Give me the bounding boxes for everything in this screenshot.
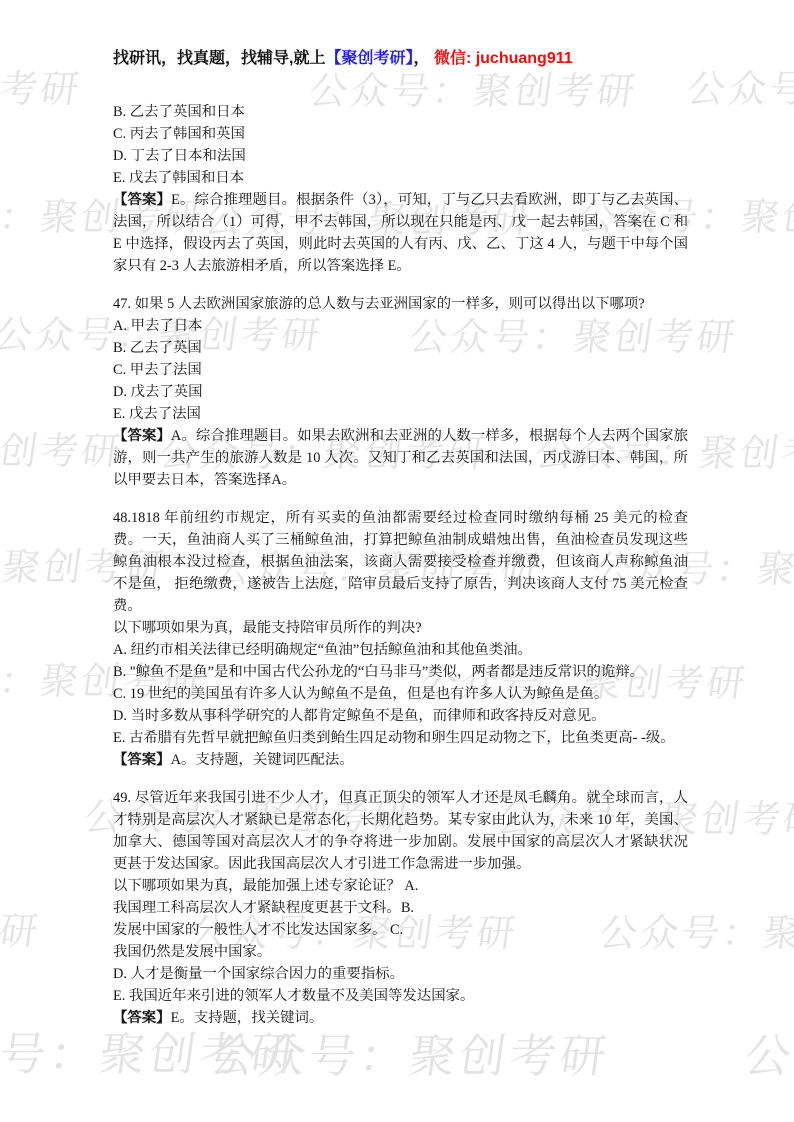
header-slogan: 找研讯，找真题，找辅导,就上 <box>113 50 325 67</box>
watermark-text: 公众号：聚创考研 <box>0 420 127 475</box>
q47-answer: 【答案】A。综合推理题目。如果去欧洲和去亚洲的人数一样多，根据每个人去两个国家旅… <box>113 425 688 491</box>
watermark-text: 公众号：聚创考研 <box>684 58 794 113</box>
answer-label: 【答案】 <box>113 428 171 444</box>
question-47-block: 47. 如果 5 人去欧洲国家旅游的总人数与去亚洲国家的一样多，则可以得出以下哪… <box>113 293 688 491</box>
answer-label: 【答案】 <box>113 192 171 208</box>
document-page: 公众号：聚创考研 公众号：聚创考研 公众号：聚创考研 公众号：聚创考研 公众号：… <box>0 0 794 1122</box>
document-content: B. 乙去了英国和日本 C. 丙去了韩国和英国 D. 丁去了日本和法国 E. 戊… <box>113 101 688 1045</box>
q47-stem: 47. 如果 5 人去欧洲国家旅游的总人数与去亚洲国家的一样多，则可以得出以下哪… <box>113 293 688 315</box>
answer-text: A。支持题，关键词匹配法。 <box>171 752 354 768</box>
q47-option-c: C. 甲去了法国 <box>113 359 688 381</box>
q46-answer: 【答案】E。综合推理题目。根据条件（3），可知，丁与乙只去看欧洲，即丁与乙去英国… <box>113 189 688 277</box>
q46-option-e: E. 戊去了韩国和日本 <box>113 167 688 189</box>
answer-text: E。综合推理题目。根据条件（3），可知，丁与乙只去看欧洲，即丁与乙去英国、法国，… <box>113 192 688 274</box>
q48-option-b: B. "鲸鱼不是鱼”是和中国古代公孙龙的“白马非马”类似，两者都是违反常识的诡辩… <box>113 661 688 683</box>
q49-prompt-line: 以下哪项如果为真，最能加强上述专家论证？ A. <box>113 875 688 897</box>
watermark-text: 公众号：聚创考研 <box>740 1020 794 1086</box>
answer-text: E。支持题，找关键词。 <box>171 1010 324 1026</box>
q49-option-line-b: 发展中国家的一般性人才不比发达国家多。 C. <box>113 919 688 941</box>
question-46-block: B. 乙去了英国和日本 C. 丙去了韩国和英国 D. 丁去了日本和法国 E. 戊… <box>113 101 688 277</box>
q47-option-b: B. 乙去了英国 <box>113 337 688 359</box>
q48-option-a: A. 纽约市相关法律已经明确规定“鱼油”包括鲸鱼油和其他鱼类油。 <box>113 639 688 661</box>
q49-answer: 【答案】E。支持题，找关键词。 <box>113 1007 688 1029</box>
watermark-text: 公众号：聚创考研 <box>0 58 86 113</box>
q47-option-d: D. 戊去了英国 <box>113 381 688 403</box>
q49-option-line-e: E. 我国近年来引进的领军人才数量不及美国等发达国家。 <box>113 985 688 1007</box>
question-48-block: 48.1818 年前纽约市规定，所有买卖的鱼油都需要经过检查同时缴纳每桶 25 … <box>113 507 688 771</box>
q49-option-line-d: D. 人才是衡量一个国家综合因力的重要指标。 <box>113 963 688 985</box>
q48-stem: 48.1818 年前纽约市规定，所有买卖的鱼油都需要经过检查同时缴纳每桶 25 … <box>113 507 688 617</box>
answer-text: A。综合推理题目。如果去欧洲和去亚洲的人数一样多，根据每个人去两个国家旅游，则一… <box>113 428 688 488</box>
header-separator: ， <box>413 50 429 67</box>
q48-option-c: C. 19 世纪的美国虽有许多人认为鲸鱼不是鱼，但是也有许多人认为鲸鱼是鱼。 <box>113 683 688 705</box>
q49-stem: 49. 尽管近年来我国引进不少人才，但真正顶尖的领军人才还是凤毛麟角。就全球而言… <box>113 787 688 875</box>
q46-option-c: C. 丙去了韩国和英国 <box>113 123 688 145</box>
answer-label: 【答案】 <box>113 752 171 768</box>
q48-option-d: D. 当时多数从事科学研究的人都肯定鲸鱼不是鱼，而律师和政客持反对意见。 <box>113 705 688 727</box>
q49-option-line-c: 我国仍然是发展中国家。 <box>113 941 688 963</box>
q48-option-e: E. 古希腊有先哲早就把鲸鱼归类到鲐生四足动物和卵生四足动物之下，比鱼类更高- … <box>113 727 688 749</box>
header-brand: 【聚创考研】 <box>325 50 413 67</box>
header-wechat-contact: 微信: juchuang911 <box>434 50 573 67</box>
q47-option-e: E. 戊去了法国 <box>113 403 688 425</box>
question-49-block: 49. 尽管近年来我国引进不少人才，但真正顶尖的领军人才还是凤毛麟角。就全球而言… <box>113 787 688 1029</box>
q46-option-b: B. 乙去了英国和日本 <box>113 101 688 123</box>
page-header: 找研讯，找真题，找辅导,就上【聚创考研】， 微信: juchuang911 <box>113 48 573 70</box>
watermark-text: 公众号：聚创考研 <box>0 900 45 955</box>
q47-option-a: A. 甲去了日本 <box>113 315 688 337</box>
answer-label: 【答案】 <box>113 1010 171 1026</box>
q46-option-d: D. 丁去了日本和法国 <box>113 145 688 167</box>
q48-prompt: 以下哪项如果为真，最能支持陪审员所作的判决? <box>113 617 688 639</box>
q48-answer: 【答案】A。支持题，关键词匹配法。 <box>113 749 688 771</box>
q49-option-line-a: 我国理工科高层次人才紧缺程度更甚于文科。B. <box>113 897 688 919</box>
